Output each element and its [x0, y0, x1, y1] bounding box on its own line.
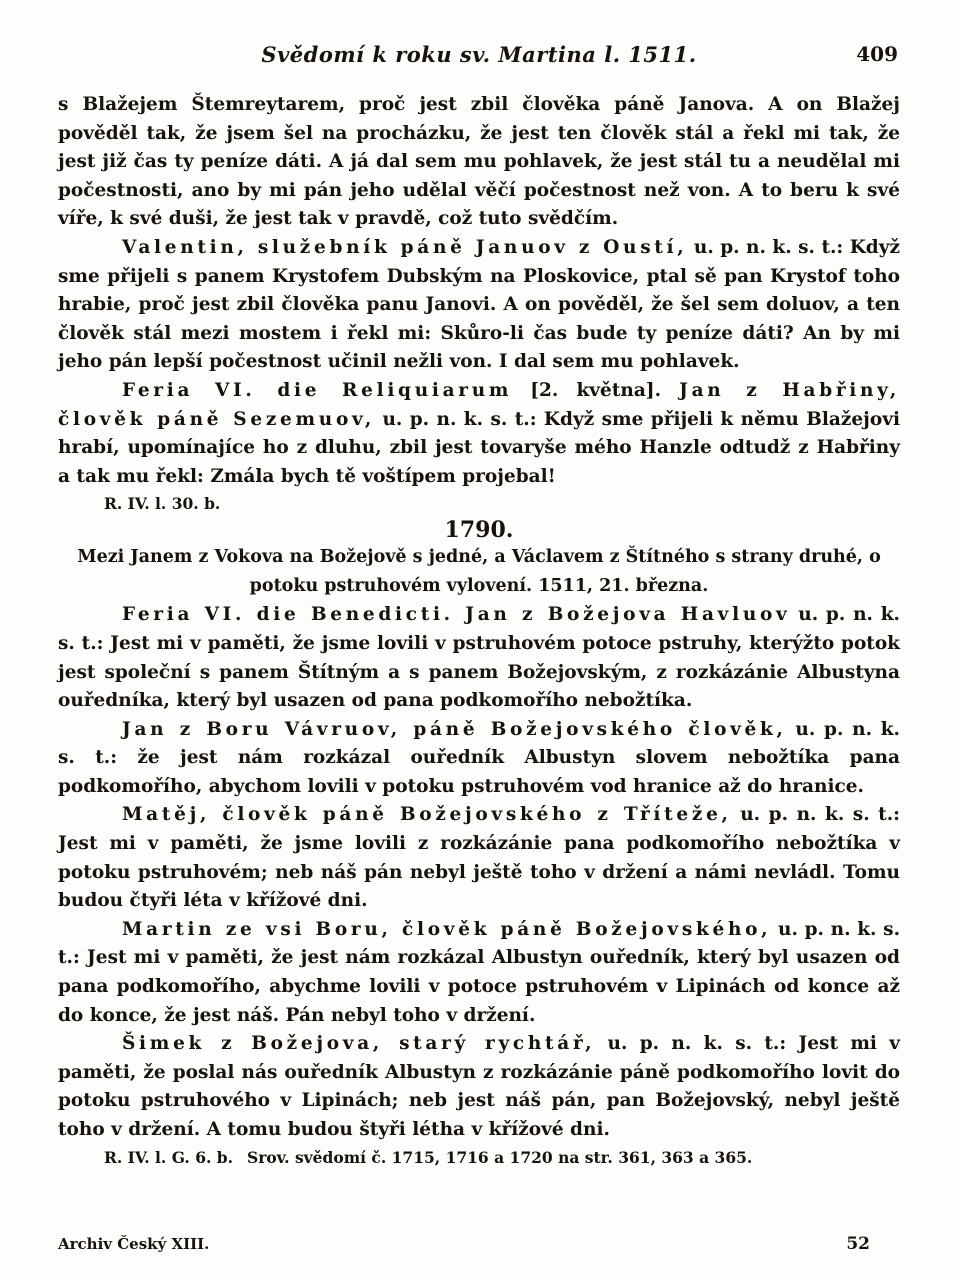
archive-volume-label: Archiv Český XIII. [58, 1235, 209, 1253]
testimony-paragraph-blazej: s Blažejem Štemreytarem, proč jest zbil … [58, 91, 900, 234]
record-number-heading: 1790. [58, 517, 900, 543]
record-date: Feria VI. die Reliquiarum [122, 380, 512, 401]
testimony-paragraph-martin: Martin ze vsi Boru, člověk páně Božejovs… [58, 916, 900, 1030]
testimony-paragraph-matej: Matěj, člověk páně Božejovského z Třítež… [58, 801, 900, 915]
source-citation: R. IV. l. G. 6. b.Srov. svědomí č. 1715,… [58, 1145, 900, 1171]
page-number: 409 [856, 42, 898, 66]
testimony-paragraph-valentin: Valentin, služebník páně Januov z Oustí,… [58, 234, 900, 377]
page-footer: Archiv Český XIII. 52 [58, 1234, 900, 1254]
witness-name: Jan z Boru Vávruov, páně Božejovského čl… [122, 719, 787, 740]
book-page: Svědomí k roku sv. Martina l. 1511. 409 … [0, 0, 960, 1280]
record-summary: Mezi Janem z Vokova na Božejově s jedné,… [58, 543, 900, 601]
witness-name: Feria VI. die Benedicti. Jan z Božejova … [122, 604, 791, 625]
running-head: Svědomí k roku sv. Martina l. 1511. 409 [58, 42, 900, 67]
testimony-paragraph-jan-bozejova: Feria VI. die Benedicti. Jan z Božejova … [58, 601, 900, 715]
citation-text: R. IV. l. 30. b. [104, 494, 220, 513]
witness-name: Martin ze vsi Boru, člověk páně Božejovs… [122, 919, 771, 940]
testimony-text: s Blažejem Štemreytarem, proč jest zbil … [58, 94, 900, 229]
testimony-paragraph-jan-boru: Jan z Boru Vávruov, páně Božejovského čl… [58, 716, 900, 802]
page-title: Svědomí k roku sv. Martina l. 1511. [261, 42, 696, 67]
page-body: s Blažejem Štemreytarem, proč jest zbil … [58, 91, 900, 1171]
citation-text: R. IV. l. G. 6. b. [104, 1148, 233, 1167]
sheet-number: 52 [846, 1234, 900, 1254]
witness-name: Matěj, člověk páně Božejovského z Třítež… [122, 804, 732, 825]
citation-cross-reference: Srov. svědomí č. 1715, 1716 a 1720 na st… [247, 1148, 752, 1167]
testimony-paragraph-simek: Šimek z Božejova, starý rychtář, u. p. n… [58, 1030, 900, 1144]
witness-name: Šimek z Božejova, starý rychtář, [122, 1033, 595, 1054]
testimony-paragraph-jan-habriny: Feria VI. die Reliquiarum [2. května]. J… [58, 377, 900, 491]
witness-name: Valentin, služebník páně Januov z Oustí, [122, 237, 687, 258]
source-citation: R. IV. l. 30. b. [58, 491, 900, 517]
record-date-note: [2. května]. [512, 380, 679, 401]
